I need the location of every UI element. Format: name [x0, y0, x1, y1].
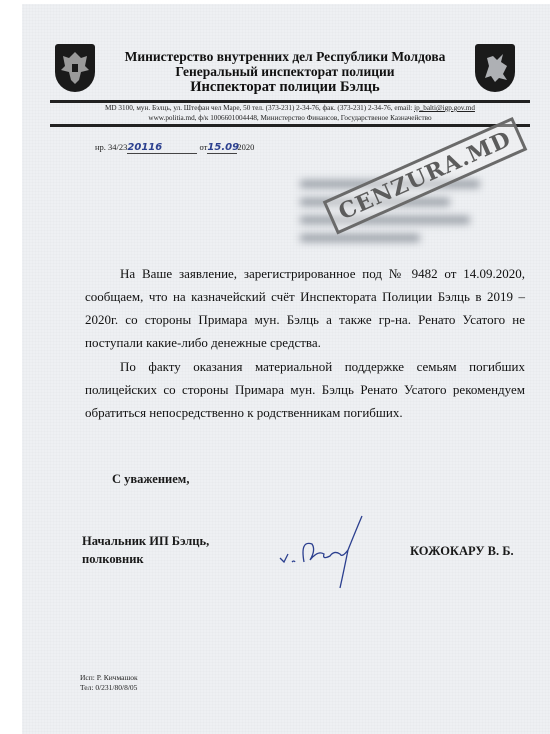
- address-block: MD 3100, мун. Бэлць, ул. Штефан чел Маре…: [50, 103, 530, 123]
- address-line-2: www.politia.md, ф/к 1006601004448, Минис…: [148, 114, 431, 122]
- ministry-name: Министерство внутренних дел Республики М…: [100, 49, 470, 65]
- email-link[interactable]: ip_balti@igp.gov.md: [414, 104, 475, 112]
- body-paragraph-2: По факту оказания материальной поддержке…: [85, 355, 525, 424]
- reference-number: нр. 34/2320116 от15.092020: [95, 142, 254, 154]
- header-rule-bottom: [50, 124, 530, 127]
- body-paragraph-1: На Ваше заявление, зарегистрированное по…: [85, 262, 525, 354]
- handwritten-signature: [270, 510, 380, 590]
- signer-position: Начальник ИП Бэлць,: [82, 534, 209, 549]
- signer-rank: полковник: [82, 552, 144, 567]
- inspectorate-name: Инспекторат полиции Бэлць: [100, 79, 470, 96]
- closing-regards: С уважением,: [112, 472, 189, 487]
- signer-name: КОЖОКАРУ В. Б.: [410, 544, 514, 559]
- balti-lion-emblem-icon: [475, 44, 515, 92]
- executor-info: Исп: Р. Кичмашок Тел: 0/231/80/8/05: [80, 673, 138, 693]
- general-inspectorate-name: Генеральный инспекторат полиции: [100, 64, 470, 80]
- handwritten-number: 20116: [127, 142, 162, 153]
- handwritten-date: 15.09: [207, 142, 239, 153]
- moldova-coat-of-arms-icon: [55, 44, 95, 92]
- address-line-1: MD 3100, мун. Бэлць, ул. Штефан чел Маре…: [105, 104, 414, 112]
